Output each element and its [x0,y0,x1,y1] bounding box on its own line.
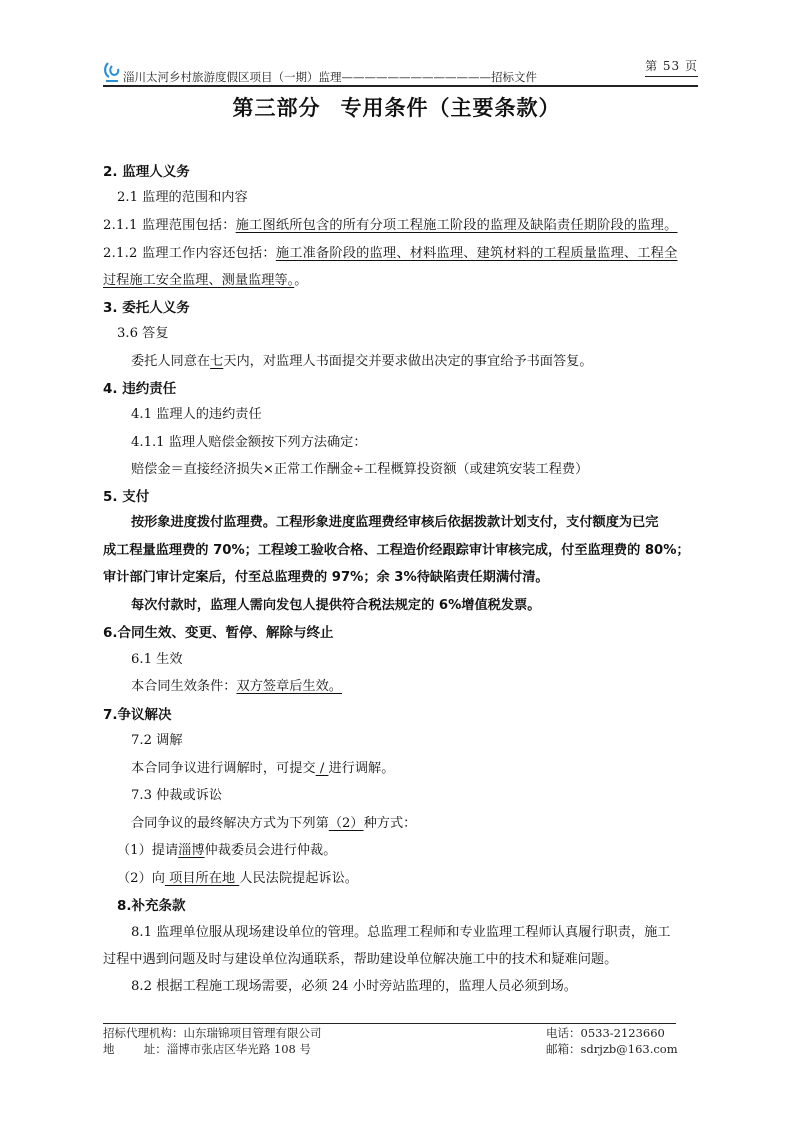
mediation-value: / [316,761,329,776]
page-title: 第三部分专用条件（主要条款） [0,92,793,122]
effective-condition: 本合同生效条件：双方签章后生效。 [131,678,726,696]
page-header: 淄川太河乡村旅游度假区项目（一期）监理—————————————招标文件 [103,56,537,84]
final-resolution: 合同争议的最终解决方式为下列第（2）种方式： [131,815,726,833]
clause-4-1-1: 4.1.1 监理人赔偿金额按下列方法确定： [131,434,726,452]
header-divider [103,85,698,87]
clause-3-6-text: 委托人同意在七天内，对监理人书面提交并要求做出决定的事宜给予书面答复。 [131,353,726,371]
footer-divider [103,1023,676,1024]
arbitration-city: 淄博 [178,843,204,858]
clause-2-1-1: 2.1.1 监理范围包括：施工图纸所包含的所有分项工程施工阶段的监理及缺陷责任期… [103,217,698,235]
section-3-heading: 3. 委托人义务 [103,299,698,317]
footer-email: 邮箱：sdrjzb@163.com [546,1042,678,1057]
work-content-value-1: 施工准备阶段的监理、材料监理、建筑材料的工程质量监理、工程全 [276,246,678,261]
clause-8-1-line2: 过程中遇到问题及时与建设单位沟通联系，帮助建设单位解决施工中的技术和疑难问题。 [103,951,698,969]
footer-address: 地 址：淄博市张店区华光路 108 号 [103,1042,311,1057]
clause-8-2: 8.2 根据工程施工现场需要，必须 24 小时旁站监理的，监理人员必须到场。 [131,978,726,996]
clause-7-2: 7.2 调解 [131,732,726,750]
court-location: 项目所在地 [165,871,239,886]
page-number: 第 53 页 [645,57,698,77]
title-name: 专用条件（主要条款） [341,96,561,120]
effective-condition-value: 双方签章后生效。 [237,679,343,694]
clause-2-1-2: 2.1.2 监理工作内容还包括：施工准备阶段的监理、材料监理、建筑材料的工程质量… [103,245,698,263]
section-5-heading: 5. 支付 [103,488,698,506]
section-8-heading: 8.补充条款 [117,897,712,915]
section-2-heading: 2. 监理人义务 [103,163,698,181]
clause-4-1: 4.1 监理人的违约责任 [131,406,726,424]
work-content-value-2: 过程施工安全监理、测量监理等。 [103,273,294,288]
footer-phone: 电话：0533-2123660 [546,1026,665,1041]
clause-2-1: 2.1 监理的范围和内容 [117,189,712,207]
clause-8-1-line1: 8.1 监理单位服从现场建设单位的管理。总监理工程师和专业监理工程师认真履行职责… [131,924,726,942]
wave-logo-icon [103,60,121,84]
title-part: 第三部分 [233,96,321,120]
scope-value: 施工图纸所包含的所有分项工程施工阶段的监理及缺陷责任期阶段的监理。 [236,218,678,233]
payment-para-line1: 按形象进度拨付监理费。工程形象进度监理费经审核后依据拨款计划支付，支付额度为已完 [131,514,726,532]
option-2: （2）向 项目所在地 人民法院提起诉讼。 [117,870,712,888]
invoice-para: 每次付款时，监理人需向发包人提供符合税法规定的 6%增值税发票。 [131,597,726,615]
mediation-text: 本合同争议进行调解时，可提交 / 进行调解。 [131,760,726,778]
clause-2-1-2-cont: 过程施工安全监理、测量监理等。。 [103,272,698,290]
clause-6-1: 6.1 生效 [131,651,726,669]
reply-days: 七 [210,354,223,369]
compensation-formula: 赔偿金＝直接经济损失×正常工作酬金÷工程概算投资额（或建筑安装工程费） [131,461,726,479]
final-resolution-value: （2） [329,816,364,831]
section-4-heading: 4. 违约责任 [103,380,698,398]
section-6-heading: 6.合同生效、变更、暂停、解除与终止 [103,624,698,642]
payment-para-line3: 审计部门审计定案后，付至总监理费的 97%；余 3%待缺陷责任期满付清。 [103,569,698,587]
clause-3-6: 3.6 答复 [117,325,712,343]
option-1: （1）提请淄博仲裁委员会进行仲裁。 [117,842,712,860]
clause-7-3: 7.3 仲裁或诉讼 [131,787,726,805]
payment-para-line2: 成工程量监理费的 70%；工程竣工验收合格、工程造价经跟踪审计审核完成，付至监理… [103,542,698,560]
section-7-heading: 7.争议解决 [103,706,698,724]
project-title: 淄川太河乡村旅游度假区项目（一期）监理—————————————招标文件 [123,70,537,84]
footer-agency: 招标代理机构：山东瑞锦项目管理有限公司 [103,1026,322,1041]
